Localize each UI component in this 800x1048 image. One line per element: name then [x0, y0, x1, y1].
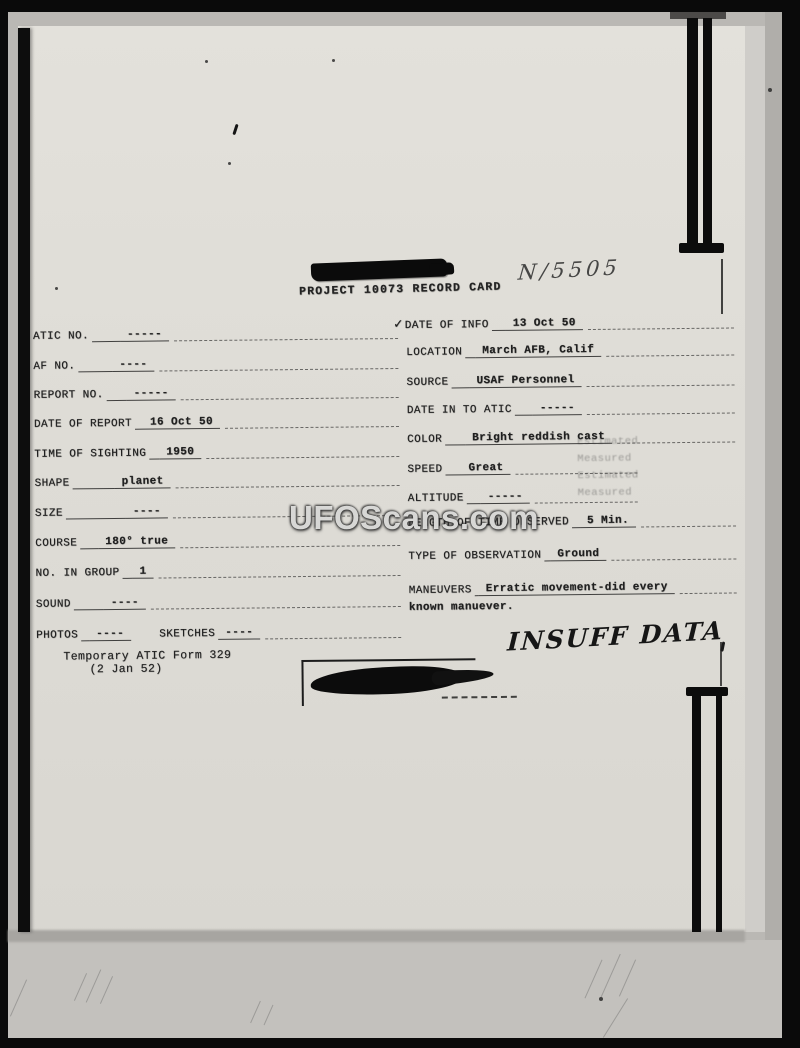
- scanned-record-card: PROJECT 10073 RECORD CARD N/5505 ATIC NO…: [0, 0, 800, 1048]
- field-label: DATE OF REPORT: [34, 418, 135, 431]
- field-time-of-sighting: TIME OF SIGHTING 1950: [34, 444, 399, 461]
- field-value: -----: [533, 402, 582, 416]
- field-value: -----: [120, 328, 169, 342]
- field-value: USAF Personnel: [469, 374, 581, 388]
- field-label: TYPE OF OBSERVATION: [408, 549, 544, 562]
- form-id-line2: (2 Jan 52): [89, 662, 231, 676]
- field-label: DATE IN TO ATIC: [407, 404, 515, 417]
- field-label: COURSE: [35, 537, 80, 549]
- handwritten-conclusion: INSUFF DATA: [507, 616, 725, 657]
- field-value: ----: [104, 597, 146, 610]
- field-value: 16 Oct 50: [143, 416, 220, 430]
- conclusion-box-bottom-line: [442, 696, 517, 699]
- dust-speck: [55, 287, 58, 290]
- field-maneuvers-line2: known manuever.: [409, 598, 737, 613]
- field-date-of-info: ✓ DATE OF INFO 13 Oct 50: [394, 311, 734, 332]
- field-value: 1950: [159, 446, 201, 459]
- field-label: MANEUVERS: [409, 584, 475, 597]
- field-label: REPORT NO.: [34, 389, 107, 402]
- field-label: ATIC NO.: [33, 330, 92, 343]
- faint-option: Estimated: [577, 435, 638, 448]
- field-type-of-observation: TYPE OF OBSERVATION Ground: [408, 546, 736, 562]
- field-label: SOURCE: [406, 376, 451, 388]
- field-value: -----: [127, 387, 176, 401]
- field-value: planet: [114, 475, 170, 489]
- field-value: Erratic movement-did every: [479, 581, 675, 596]
- field-label: LOCATION: [406, 346, 465, 359]
- field-label: SHAPE: [34, 477, 72, 489]
- faint-option: Measured: [578, 486, 639, 499]
- field-report-no: REPORT NO. -----: [34, 385, 399, 402]
- field-value-sketches: ----: [218, 626, 260, 639]
- field-location: LOCATION March AFB, Calif: [406, 342, 734, 358]
- field-label: AF NO.: [33, 360, 78, 372]
- field-label: PHOTOS: [36, 629, 81, 641]
- field-value: 180° true: [98, 535, 175, 549]
- field-maneuvers: MANEUVERS Erratic movement-did every: [409, 580, 737, 596]
- field-sound: SOUND ----: [36, 594, 401, 611]
- stray-pen-tick: [720, 641, 725, 651]
- field-date-of-report: DATE OF REPORT 16 Oct 50: [34, 414, 399, 431]
- form-identifier: Temporary ATIC Form 329 (2 Jan 52): [63, 649, 231, 677]
- field-value: March AFB, Calif: [475, 344, 601, 358]
- dust-speck: [228, 162, 231, 165]
- field-atic-no: ATIC NO. -----: [33, 326, 398, 343]
- field-no-in-group: NO. IN GROUP 1: [35, 563, 400, 580]
- field-label: TIME OF SIGHTING: [34, 448, 149, 461]
- dust-speck: [768, 88, 772, 92]
- faint-option-labels: Estimated Measured Estimated Measured: [577, 435, 639, 504]
- field-value: Ground: [550, 548, 606, 562]
- dust-speck: [205, 60, 208, 63]
- checkmark-icon: ✓: [394, 316, 403, 333]
- faint-option: Measured: [577, 452, 638, 465]
- field-value: 13 Oct 50: [506, 317, 583, 331]
- form-id-line1: Temporary ATIC Form 329: [63, 649, 231, 664]
- field-label: DATE OF INFO: [405, 319, 492, 332]
- field-label: SOUND: [36, 598, 74, 610]
- field-value: ----: [112, 359, 154, 372]
- faint-option: Estimated: [577, 469, 638, 482]
- field-source: SOURCE USAF Personnel: [406, 372, 734, 388]
- field-value: ----: [126, 505, 168, 518]
- field-shape: SHAPE planet: [34, 473, 399, 490]
- field-value: Great: [461, 462, 510, 476]
- field-date-in-to-atic: DATE IN TO ATIC -----: [407, 400, 735, 416]
- dust-speck: [332, 59, 335, 62]
- field-label-sketches: SKETCHES: [159, 628, 218, 641]
- field-color: COLOR Bright reddish cast: [407, 429, 735, 445]
- field-label: SIZE: [35, 507, 66, 519]
- watermark: UFOScans.com: [289, 499, 539, 537]
- field-value: 5 Min.: [580, 515, 636, 529]
- field-label: COLOR: [407, 434, 445, 446]
- field-photos-sketches: PHOTOS ---- SKETCHES ----: [36, 625, 401, 642]
- field-value: ----: [89, 628, 131, 641]
- field-label: SPEED: [407, 464, 445, 476]
- field-af-no: AF NO. ----: [33, 356, 398, 373]
- field-label: NO. IN GROUP: [35, 567, 122, 580]
- field-value: 1: [132, 566, 153, 579]
